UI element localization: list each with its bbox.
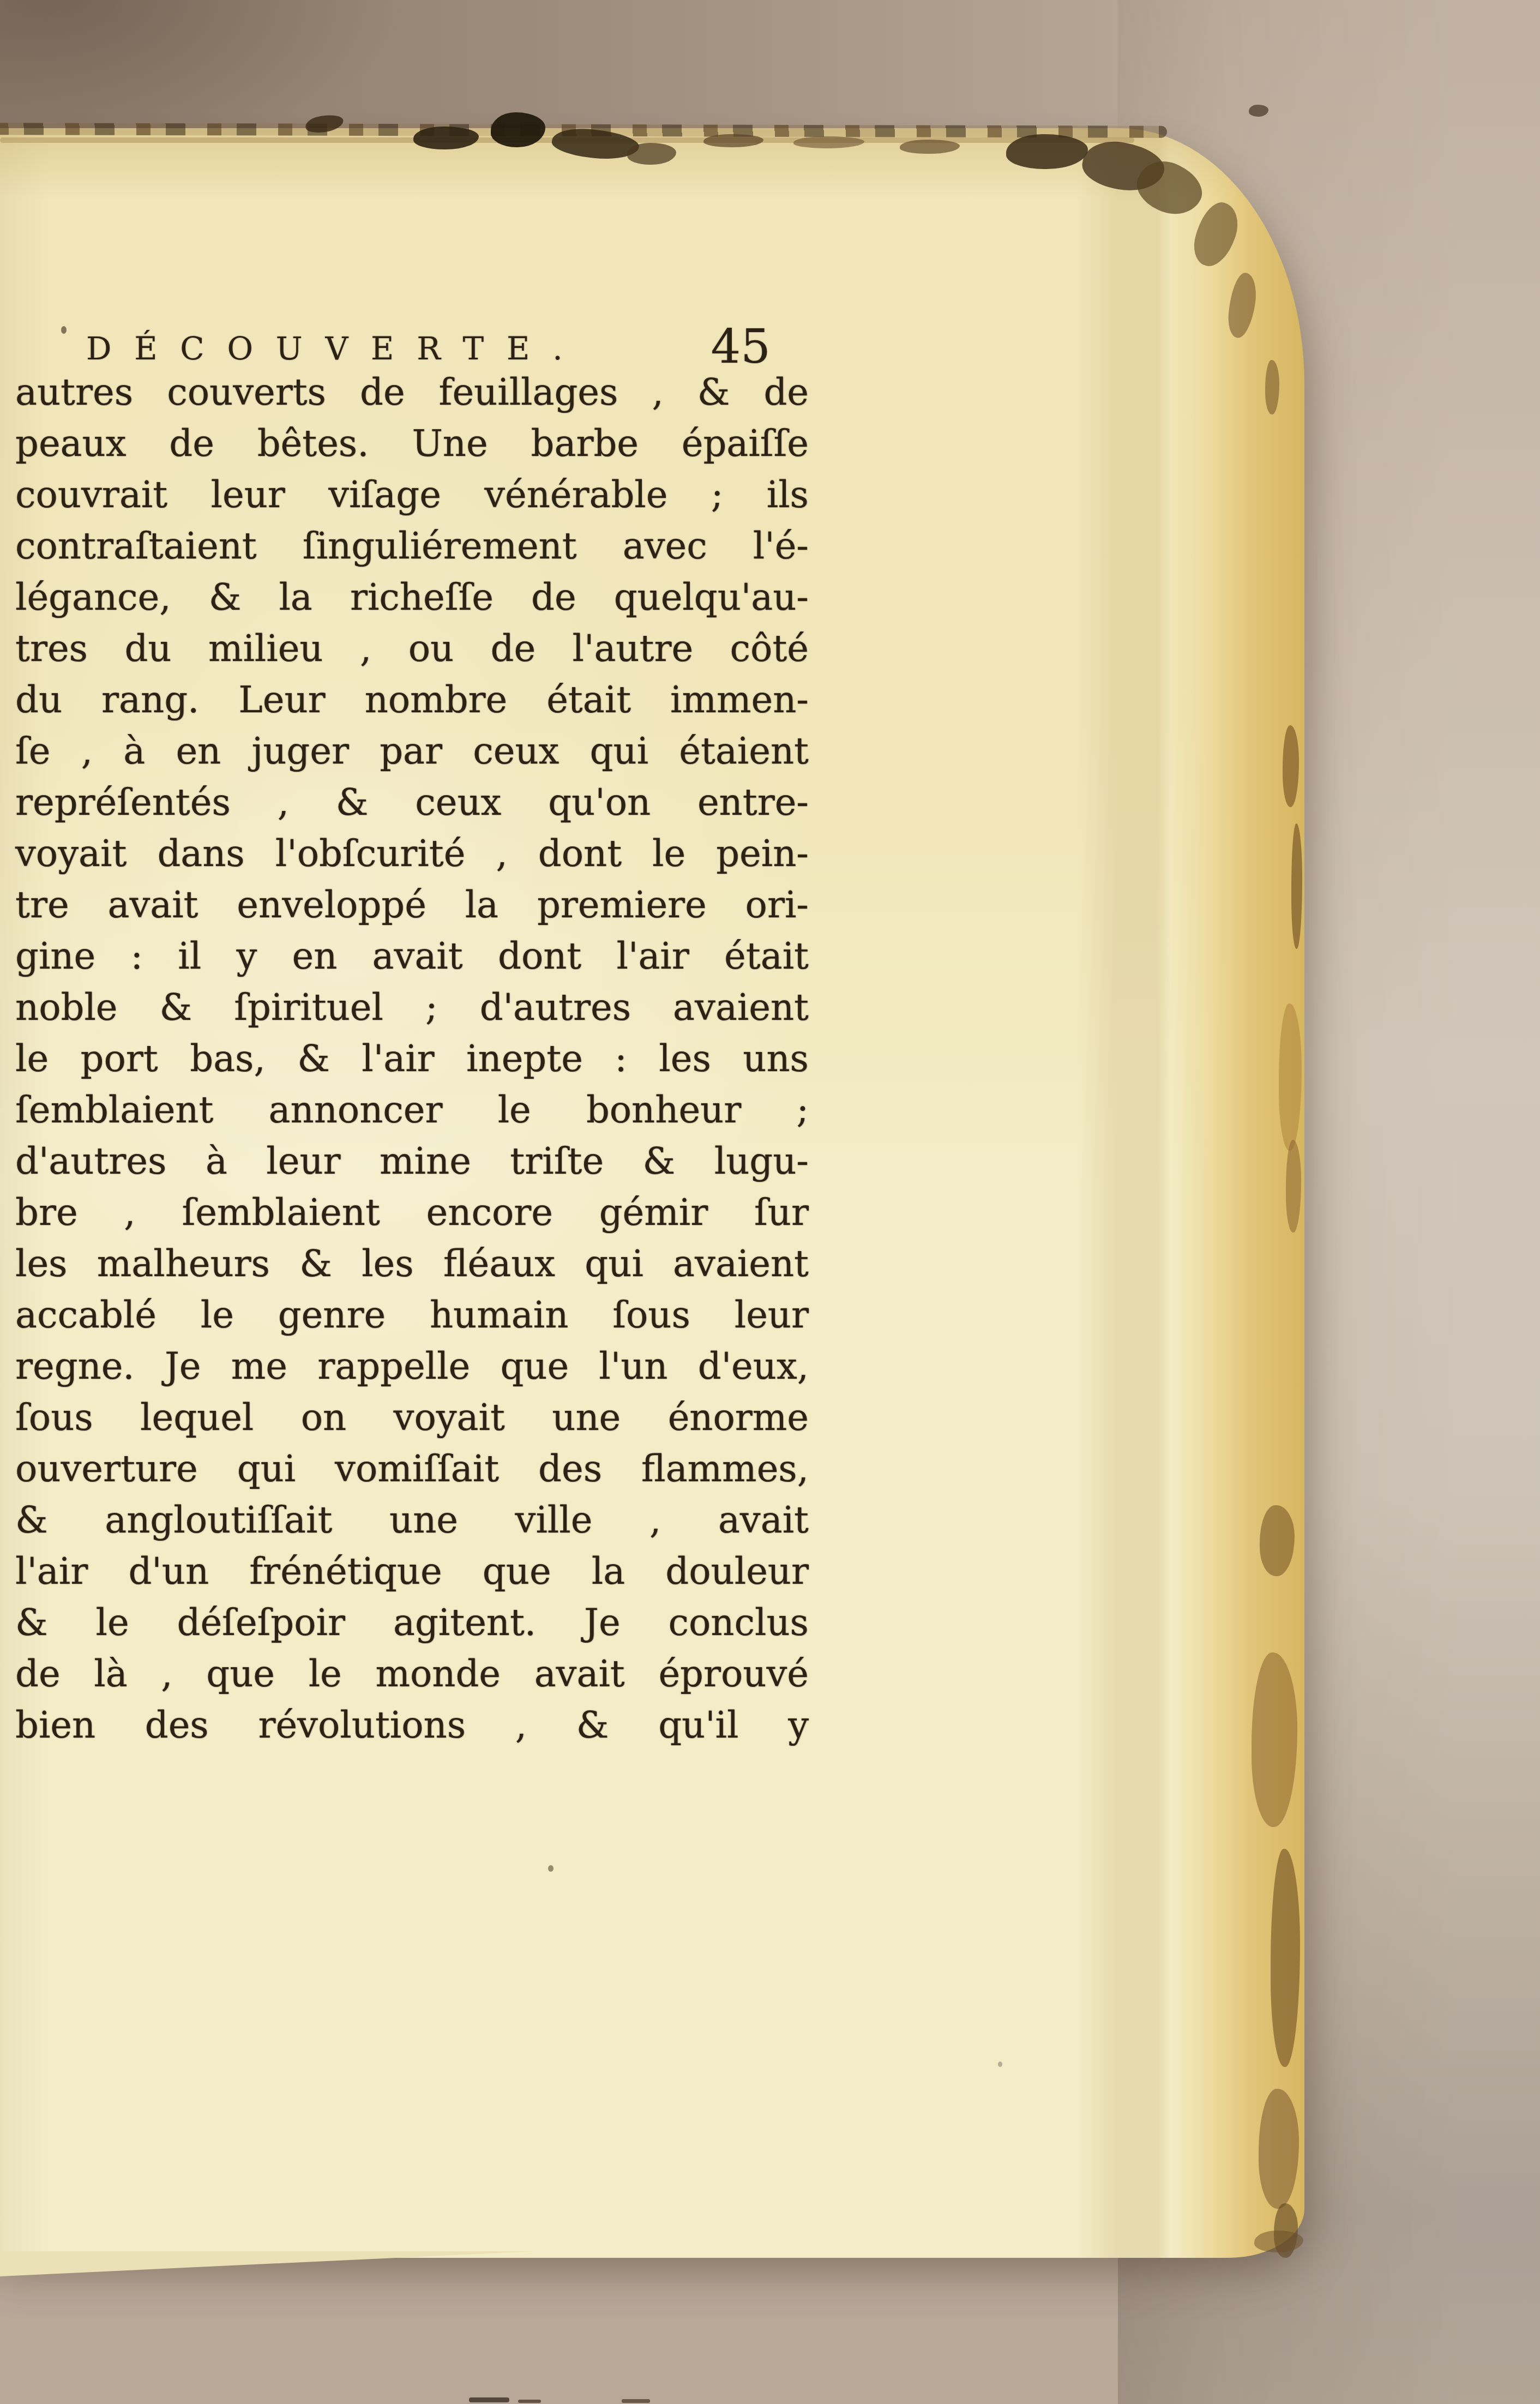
text-line: gine : il y en avait dont l'air était [15,930,809,982]
book-page-photo: DÉCOUVERTE. 45 autres couverts de feuill… [0,0,1540,2404]
text-line: ſe , à en juger par ceux qui étaient [15,725,809,777]
text-line: contraſtaient ſinguliérement avec l'é- [15,520,809,572]
text-line: noble & ſpirituel ; d'autres avaient [15,982,809,1033]
text-line: tres du milieu , ou de l'autre côté [15,623,809,674]
text-block: DÉCOUVERTE. 45 autres couverts de feuill… [15,316,809,1751]
photo-edge-mark [622,2399,650,2403]
text-line: l'air d'un frénétique que la douleur [15,1546,809,1597]
page-number: 45 [711,320,809,374]
text-line: tre avait enveloppé la premiere ori- [15,879,809,930]
text-line: & le déſeſpoir agitent. Je conclus [15,1597,809,1648]
running-title: DÉCOUVERTE. [15,330,585,367]
text-line: couvrait leur viſage vénérable ; ils [15,469,809,520]
text-line: d'autres à leur mine triſte & lugu- [15,1135,809,1187]
text-line: ſemblaient annoncer le bonheur ; [15,1084,809,1135]
text-line: légance, & la richeſſe de quelqu'au- [15,572,809,623]
text-line: bre , ſemblaient encore gémir ſur [15,1187,809,1238]
text-line: autres couverts de feuillages , & de [15,366,809,418]
text-line: peaux de bêtes. Une barbe épaiſſe [15,418,809,469]
text-line: repréſentés , & ceux qu'on entre- [15,777,809,828]
text-line: les malheurs & les fléaux qui avaient [15,1238,809,1289]
text-line: le port bas, & l'air inepte : les uns [15,1033,809,1084]
text-line: ouverture qui vomiſſait des flammes, [15,1443,809,1494]
text-line: & angloutiſſait une ville , avait [15,1494,809,1546]
page-header: DÉCOUVERTE. 45 [15,316,809,371]
book-page: DÉCOUVERTE. 45 autres couverts de feuill… [0,128,1304,2258]
photo-edge-mark [518,2400,541,2403]
text-line: du rang. Leur nombre était immen- [15,674,809,725]
text-line: ſous lequel on voyait une énorme [15,1392,809,1443]
paper-speck [998,2062,1002,2067]
paper-speck [548,1865,554,1872]
paper-speck [61,326,67,334]
photo-edge-mark [469,2397,509,2402]
text-line: de là , que le monde avait éprouvé [15,1648,809,1699]
text-line: bien des révolutions , & qu'il y [15,1699,809,1751]
text-line: accablé le genre humain ſous leur [15,1289,809,1341]
body-text: autres couverts de feuillages , & de pea… [15,366,809,1751]
text-line: regne. Je me rappelle que l'un d'eux, [15,1341,809,1392]
text-line: voyait dans l'obſcurité , dont le pein- [15,828,809,879]
